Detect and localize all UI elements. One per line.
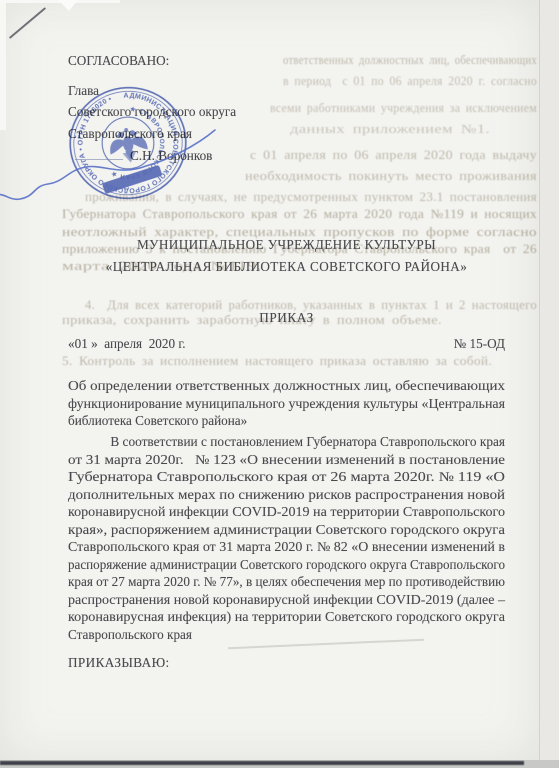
- signature-stroke: [0, 130, 215, 199]
- subject-line: Об определении ответственных должностных…: [68, 377, 505, 395]
- organization-name-line1: МУНИЦИПАЛЬНОЕ УЧРЕЖДЕНИЕ КУЛЬТУРЫ: [68, 237, 505, 253]
- body-line: Ставропольского края от 31 марта 2020 г.…: [68, 538, 505, 556]
- order-subject-paragraph: Об определении ответственных должностных…: [68, 377, 505, 430]
- subject-line: функционирование муниципального учрежден…: [68, 395, 505, 413]
- body-line: Губернатора Ставропольского края от 26 м…: [68, 468, 505, 486]
- body-line: В соответствии с постановлением Губернат…: [68, 433, 505, 451]
- body-line: коронавирусная инфекция) на территории С…: [68, 608, 505, 626]
- order-body-paragraph: В соответствии с постановлением Губернат…: [68, 433, 505, 643]
- scanned-order-document: { "colors": { "paper": "#f3f3f0", "ink":…: [0, 0, 559, 768]
- body-line: Ставропольского края: [68, 626, 505, 644]
- scanner-bottom-strip: [0, 760, 559, 768]
- order-number: № 15-ОД: [68, 336, 505, 352]
- approval-label: СОГЛАСОВАНО:: [68, 53, 169, 69]
- body-line: от 31 марта 2020г. № 123 «О внесении изм…: [68, 451, 505, 469]
- body-line: распространения новой коронавирусной инф…: [68, 591, 505, 609]
- handwritten-signature: [0, 120, 260, 230]
- organization-name-line2: «ЦЕНТРАЛЬНАЯ БИБЛИОТЕКА СОВЕТСКОГО РАЙОН…: [68, 259, 505, 275]
- body-line: распоряжение администрации Советского го…: [68, 556, 505, 574]
- body-line: дополнительных мерах по снижению рисков …: [68, 486, 505, 504]
- page-bottom-shadow: [0, 761, 524, 765]
- body-line: края», распоряжением администрации Совет…: [68, 521, 505, 539]
- directive-heading: ПРИКАЗЫВАЮ:: [68, 655, 170, 671]
- scanner-right-strip: [539, 0, 559, 768]
- body-line: коронавирусной инфекции COVID-2019 на те…: [68, 503, 505, 521]
- scanned-page: ответственных должностных лиц, обеспечив…: [0, 0, 539, 761]
- body-line: края от 27 марта 2020 г. № 77», в целях …: [68, 573, 505, 591]
- order-title: ПРИКАЗ: [68, 310, 505, 326]
- signature-svg: [0, 120, 260, 230]
- subject-line: библиотека Советского района»: [68, 412, 505, 430]
